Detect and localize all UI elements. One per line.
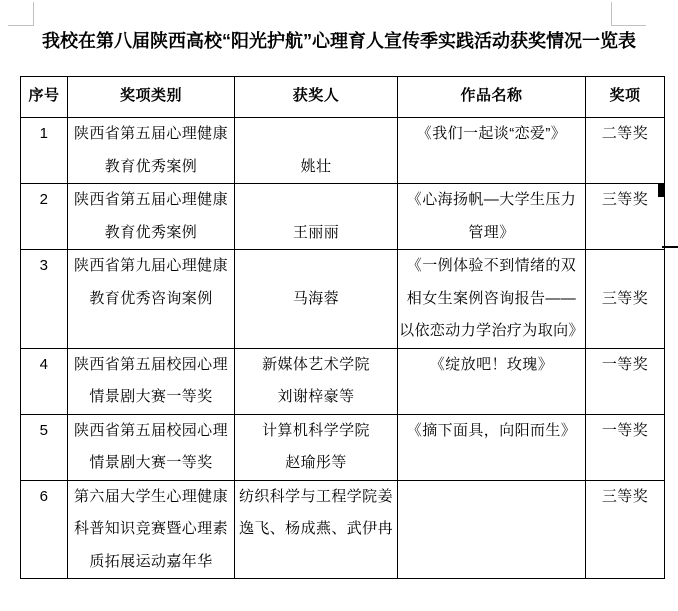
category-cell: 陕西省第五届校园心理情景剧大赛一等奖: [68, 414, 235, 480]
row-number-cell: 3: [21, 250, 68, 349]
column-header-work: 作品名称: [398, 77, 586, 118]
cell-line: 一等奖: [586, 415, 664, 448]
cell-line: 《绽放吧！玫瑰》: [398, 349, 585, 382]
cell-line: 纺织科学与工程学院姜: [235, 481, 397, 514]
work-title-cell: [398, 480, 586, 579]
winner-cell: 新媒体艺术学院刘谢梓豪等: [235, 348, 398, 414]
row-number: 5: [21, 415, 67, 448]
cell-line: 《心海扬帆—大学生压力: [398, 184, 585, 217]
cell-line: 科普知识竞赛暨心理素: [68, 513, 234, 546]
work-title-cell: 《我们一起谈“恋爱”》: [398, 118, 586, 184]
row-number: 4: [21, 349, 67, 382]
cell-line: [235, 118, 397, 151]
award-cell: 一等奖: [586, 348, 665, 414]
column-header-label: 序号: [21, 77, 67, 115]
text-boundary-mark-top-right: [611, 2, 646, 26]
cell-line: 二等奖: [586, 118, 664, 151]
column-header-category: 奖项类别: [68, 77, 235, 118]
cell-line: 陕西省第五届校园心理: [68, 415, 234, 448]
table-header-row: 序号奖项类别获奖人作品名称奖项: [21, 77, 665, 118]
cell-line: 教育优秀咨询案例: [68, 283, 234, 316]
cell-line: 马海蓉: [235, 283, 397, 316]
category-cell: 陕西省第五届心理健康教育优秀案例: [68, 118, 235, 184]
winner-cell: 姚壮: [235, 118, 398, 184]
cell-line: 一等奖: [586, 349, 664, 382]
category-cell: 陕西省第五届心理健康教育优秀案例: [68, 184, 235, 250]
row-number: 6: [21, 481, 67, 514]
awards-table-container: 序号奖项类别获奖人作品名称奖项 1陕西省第五届心理健康教育优秀案例姚壮《我们一起…: [20, 76, 665, 579]
cell-line: 三等奖: [586, 184, 664, 217]
table-row: 4陕西省第五届校园心理情景剧大赛一等奖新媒体艺术学院刘谢梓豪等《绽放吧！玫瑰》一…: [21, 348, 665, 414]
cell-line: 陕西省第九届心理健康: [68, 250, 234, 283]
table-row: 1陕西省第五届心理健康教育优秀案例姚壮《我们一起谈“恋爱”》二等奖: [21, 118, 665, 184]
winner-cell: 计算机科学学院赵瑜彤等: [235, 414, 398, 480]
cell-line: 《我们一起谈“恋爱”》: [398, 118, 585, 151]
category-cell: 陕西省第九届心理健康教育优秀咨询案例: [68, 250, 235, 349]
table-row: 序号奖项类别获奖人作品名称奖项: [21, 77, 665, 118]
cell-line: 情景剧大赛一等奖: [68, 447, 234, 480]
work-title-cell: 《绽放吧！玫瑰》: [398, 348, 586, 414]
document-page: 我校在第八届陕西高校“阳光护航”心理育人宣传季实践活动获奖情况一览表 序号奖项类…: [0, 0, 678, 611]
work-title-cell: 《一例体验不到情绪的双相女生案例咨询报告——以依恋动力学治疗为取向》: [398, 250, 586, 349]
cell-line: 刘谢梓豪等: [235, 381, 397, 414]
cell-line: 计算机科学学院: [235, 415, 397, 448]
table-row: 3陕西省第九届心理健康教育优秀咨询案例马海蓉《一例体验不到情绪的双相女生案例咨询…: [21, 250, 665, 349]
cell-line: 陕西省第五届心理健康: [68, 184, 234, 217]
cell-line: 《摘下面具，向阳而生》: [398, 415, 585, 448]
cell-line: [586, 250, 664, 283]
cell-line: 情景剧大赛一等奖: [68, 381, 234, 414]
cell-line: 王丽丽: [235, 217, 397, 250]
table-body: 1陕西省第五届心理健康教育优秀案例姚壮《我们一起谈“恋爱”》二等奖2陕西省第五届…: [21, 118, 665, 579]
category-cell: 第六届大学生心理健康科普知识竞赛暨心理素质拓展运动嘉年华: [68, 480, 235, 579]
table-border-handle-mark: [658, 183, 664, 197]
cell-line: 三等奖: [586, 481, 664, 514]
cell-line: 以依恋动力学治疗为取向》: [398, 315, 585, 348]
cell-line: 陕西省第五届心理健康: [68, 118, 234, 151]
table-row: 2陕西省第五届心理健康教育优秀案例王丽丽《心海扬帆—大学生压力管理》三等奖: [21, 184, 665, 250]
row-divider-extension-line: [662, 246, 678, 248]
column-header-label: 作品名称: [398, 77, 585, 115]
award-cell: 一等奖: [586, 414, 665, 480]
text-boundary-mark-top-left: [8, 2, 34, 26]
column-header-label: 获奖人: [235, 77, 397, 115]
column-header-winner: 获奖人: [235, 77, 398, 118]
row-number-cell: 2: [21, 184, 68, 250]
cell-line: [235, 250, 397, 283]
winner-cell: 王丽丽: [235, 184, 398, 250]
cell-line: 赵瑜彤等: [235, 447, 397, 480]
awards-table: 序号奖项类别获奖人作品名称奖项 1陕西省第五届心理健康教育优秀案例姚壮《我们一起…: [20, 76, 665, 579]
cell-line: 逸飞、杨成燕、武伊冉: [235, 513, 397, 546]
award-cell: 三等奖: [586, 480, 665, 579]
table-row: 6第六届大学生心理健康科普知识竞赛暨心理素质拓展运动嘉年华纺织科学与工程学院姜逸…: [21, 480, 665, 579]
column-header-award: 奖项: [586, 77, 665, 118]
category-cell: 陕西省第五届校园心理情景剧大赛一等奖: [68, 348, 235, 414]
winner-cell: 纺织科学与工程学院姜逸飞、杨成燕、武伊冉: [235, 480, 398, 579]
cell-line: 教育优秀案例: [68, 217, 234, 250]
cell-line: 姚壮: [235, 151, 397, 184]
cell-line: 新媒体艺术学院: [235, 349, 397, 382]
award-cell: 三等奖: [586, 250, 665, 349]
column-header-label: 奖项: [586, 77, 664, 115]
row-number-cell: 4: [21, 348, 68, 414]
column-header-no: 序号: [21, 77, 68, 118]
winner-cell: 马海蓉: [235, 250, 398, 349]
cell-line: 教育优秀案例: [68, 151, 234, 184]
table-row: 5陕西省第五届校园心理情景剧大赛一等奖计算机科学学院赵瑜彤等《摘下面具，向阳而生…: [21, 414, 665, 480]
cell-line: 相女生案例咨询报告——: [398, 283, 585, 316]
page-title: 我校在第八届陕西高校“阳光护航”心理育人宣传季实践活动获奖情况一览表: [0, 28, 678, 55]
cell-line: 第六届大学生心理健康: [68, 481, 234, 514]
column-header-label: 奖项类别: [68, 77, 234, 115]
work-title-cell: 《心海扬帆—大学生压力管理》: [398, 184, 586, 250]
cell-line: 三等奖: [586, 283, 664, 316]
cell-line: [235, 184, 397, 217]
cell-line: 陕西省第五届校园心理: [68, 349, 234, 382]
row-number-cell: 6: [21, 480, 68, 579]
work-title-cell: 《摘下面具，向阳而生》: [398, 414, 586, 480]
row-number: 2: [21, 184, 67, 217]
row-number-cell: 1: [21, 118, 68, 184]
award-cell: 三等奖: [586, 184, 665, 250]
award-cell: 二等奖: [586, 118, 665, 184]
row-number: 1: [21, 118, 67, 151]
row-number: 3: [21, 250, 67, 283]
cell-line: 《一例体验不到情绪的双: [398, 250, 585, 283]
row-number-cell: 5: [21, 414, 68, 480]
cell-line: 管理》: [398, 217, 585, 250]
cell-line: 质拓展运动嘉年华: [68, 546, 234, 579]
